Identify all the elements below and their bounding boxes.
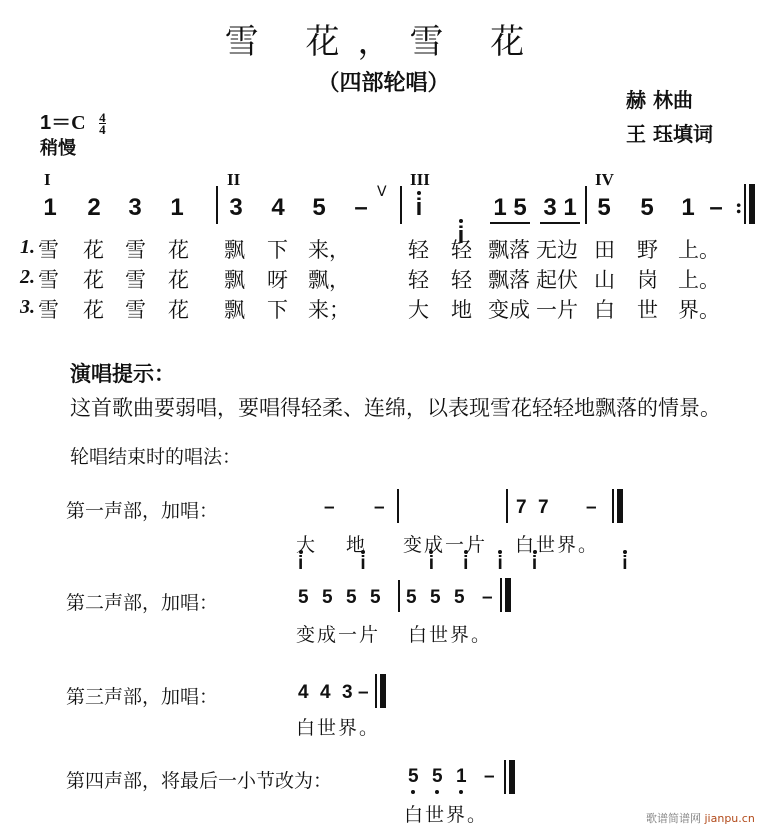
note: 5 (406, 587, 417, 609)
note: 1 (39, 194, 61, 222)
note: 5 (430, 587, 441, 609)
part-marker-4: IV (595, 170, 614, 190)
note: 2 (83, 194, 105, 222)
lyric: 上。 (678, 264, 720, 294)
note: 5 (370, 587, 381, 609)
watermark: 歌谱简谱网 jianpu.cn (646, 810, 755, 826)
lyric: 世 (637, 294, 658, 324)
note: 5 (298, 587, 309, 609)
lyric: 飘 (224, 294, 245, 324)
part-2-label: 第二声部，加唱： (66, 588, 218, 615)
part-4-lyrics: 白世界。 (404, 800, 488, 827)
note: 4 (298, 682, 309, 704)
lyric: 飘 (224, 234, 245, 264)
lyric: 飘 (224, 264, 245, 294)
note: 7 (516, 497, 527, 519)
lyric: 无边 (536, 234, 578, 264)
lyric: 白世界。 (515, 530, 599, 557)
lyric: 雪 (38, 234, 59, 264)
repeat-end-bar (749, 184, 755, 224)
lyric: 呀 (267, 264, 288, 294)
note: 5 (346, 587, 357, 609)
lyric: 来； (308, 294, 350, 324)
lyric: 雪 (125, 294, 146, 324)
tempo-marking: 稍慢 (40, 134, 76, 160)
bar-line (397, 489, 399, 523)
note-dash: – (705, 194, 727, 222)
note-dash: – (324, 497, 335, 519)
note-dash: – (358, 682, 369, 704)
lyric: 界。 (678, 294, 720, 324)
lyric: 一片 (536, 294, 578, 324)
lyric: 雪 (38, 264, 59, 294)
lyric: 岗 (637, 264, 658, 294)
note: 4 (267, 194, 289, 222)
note: 1 (677, 194, 699, 222)
note: 4 (320, 682, 331, 704)
key-tonic: C (71, 112, 85, 134)
lyric: 地 (346, 530, 365, 557)
lyric: 上。 (678, 234, 720, 264)
lyric: 下 (267, 234, 288, 264)
composer-credit: 赫 林曲 (626, 84, 693, 113)
verse-number: 3. (20, 296, 35, 319)
lyric: 轻 (451, 234, 472, 264)
note: 1 (166, 194, 188, 222)
lyric: 大 (296, 530, 315, 557)
note-dash: – (350, 194, 372, 222)
part-1-label: 第一声部，加唱： (66, 496, 218, 523)
note: 7 (538, 497, 549, 519)
lyric: 野 (637, 234, 658, 264)
note-low: 5 (408, 766, 419, 788)
lyric: 山 (594, 264, 615, 294)
part-3-label: 第三声部，加唱： (66, 682, 218, 709)
lyric: 来， (308, 234, 350, 264)
bar-line (506, 489, 508, 523)
eighth-note-pair: 3 1 (540, 194, 580, 224)
note-low: 1 (456, 766, 467, 788)
lyric: 飘， (308, 264, 350, 294)
lyric: 花 (168, 264, 189, 294)
note-dash: – (484, 766, 495, 788)
key-signature: 1＝C 4 4 (40, 106, 106, 135)
final-bar (505, 578, 511, 612)
lyric: 轻 (408, 264, 429, 294)
lyric: 雪 (125, 234, 146, 264)
verse-number: 2. (20, 266, 35, 289)
repeat-dots: : (735, 194, 742, 218)
lyric: 花 (83, 294, 104, 324)
song-title: 雪 花，雪 花 (0, 14, 767, 63)
note: 3 (124, 194, 146, 222)
lyric: 白 (594, 294, 615, 324)
lyric: 起伏 (536, 264, 578, 294)
note-dash: – (374, 497, 385, 519)
note-high: i (408, 194, 430, 222)
bar-line (504, 760, 506, 794)
note-high: i (622, 553, 627, 574)
lyric: 下 (267, 294, 288, 324)
note-dash: – (482, 587, 493, 609)
part-marker-1: I (44, 170, 51, 190)
bar-line (400, 186, 402, 224)
note-dash: – (586, 497, 597, 519)
bar-line (744, 184, 746, 224)
breath-mark: V (377, 184, 387, 200)
hint-heading: 演唱提示： (70, 358, 175, 388)
note: 5 (454, 587, 465, 609)
watermark-en: jianpu.cn (705, 812, 755, 825)
lyric: 轻 (451, 264, 472, 294)
lyric: 田 (594, 234, 615, 264)
lyric: 雪 (38, 294, 59, 324)
lyric: 白世界。 (408, 620, 492, 647)
lyric: 雪 (125, 264, 146, 294)
verse-number: 1. (20, 236, 35, 259)
bar-line (398, 580, 400, 612)
lyric: 飘落 (488, 234, 530, 264)
bar-line (612, 489, 614, 523)
lyric: 变成一片 (296, 620, 380, 647)
lyric: 花 (83, 264, 104, 294)
part-4-label: 第四声部，将最后一小节改为： (66, 766, 332, 793)
ending-heading: 轮唱结束时的唱法： (70, 442, 241, 469)
lyric: 轻 (408, 234, 429, 264)
time-signature-bottom: 4 (99, 124, 106, 135)
eighth-note-pair: 1 5 (490, 194, 530, 224)
note: 5 (636, 194, 658, 222)
lyric: 花 (83, 234, 104, 264)
lyric: 花 (168, 234, 189, 264)
part-marker-2: II (227, 170, 240, 190)
note-low: 5 (432, 766, 443, 788)
lyric: 变成一片 (403, 530, 487, 557)
lyric: 大 (408, 294, 429, 324)
time-signature: 4 4 (99, 112, 106, 135)
hint-text: 这首歌曲要弱唱，要唱得轻柔、连绵，以表现雪花轻轻地飘落的情景。 (70, 392, 721, 422)
lyric: 飘落 (488, 264, 530, 294)
note-high: i (498, 553, 503, 574)
lyric: 变成 (488, 294, 530, 324)
part-marker-3: III (410, 170, 430, 190)
note: 5 (322, 587, 333, 609)
note: 5 (308, 194, 330, 222)
watermark-cn: 歌谱简谱网 (646, 812, 701, 825)
final-bar (509, 760, 515, 794)
bar-line (500, 578, 502, 612)
bar-line (216, 186, 218, 224)
lyric: 地 (451, 294, 472, 324)
final-bar (617, 489, 623, 523)
key-prefix: 1＝ (40, 112, 71, 134)
lyric: 花 (168, 294, 189, 324)
note: 3 (225, 194, 247, 222)
note: 5 (593, 194, 615, 222)
final-bar (380, 674, 386, 708)
part-3-lyrics: 白世界。 (296, 713, 380, 740)
bar-line (585, 186, 587, 224)
lyricist-credit: 王 珏填词 (626, 118, 713, 147)
note: 3 (342, 682, 353, 704)
bar-line (375, 674, 377, 708)
